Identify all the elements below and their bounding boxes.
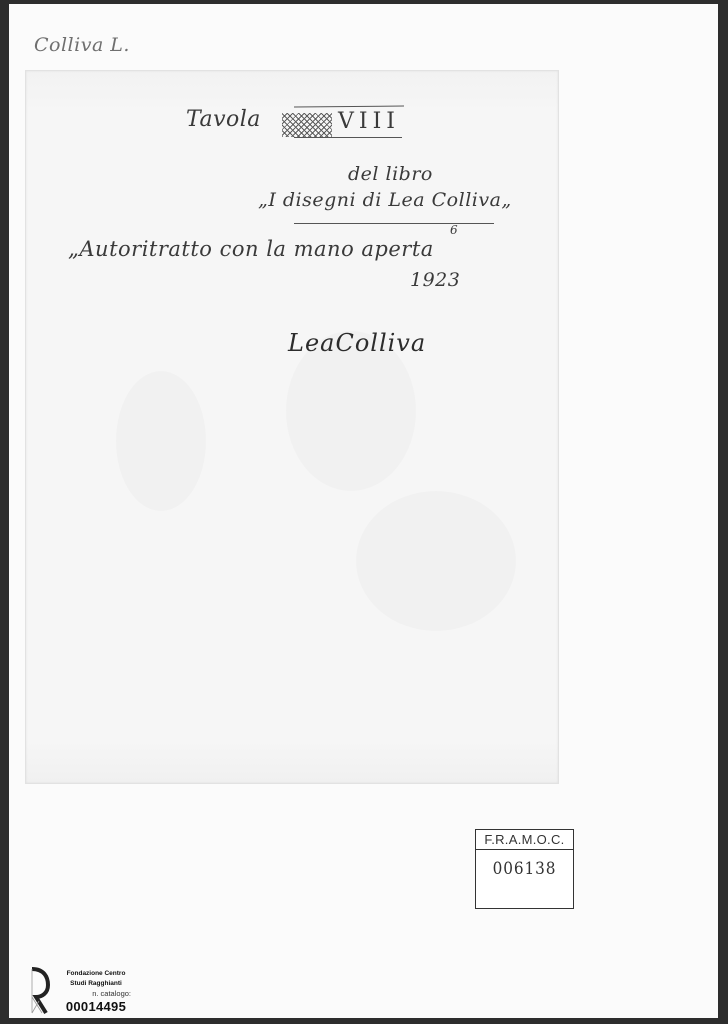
work-year: 1923 <box>410 269 460 291</box>
archive-handwritten-annotation: Colliva L. <box>34 34 130 56</box>
underline <box>294 223 494 224</box>
work-title: „Autoritratto con la mano aperta <box>68 237 434 261</box>
r-monogram-logo-icon <box>30 967 50 1015</box>
tavola-number: VIII <box>338 109 400 134</box>
stamp-number: 006138 <box>481 859 568 879</box>
catalog-label: n. catalogo: <box>61 989 131 999</box>
underline <box>294 137 402 138</box>
faded-image-trace <box>116 371 206 511</box>
archive-mount-sheet: Colliva L. Tavola VIII del libro „I dise… <box>9 4 718 1018</box>
catalog-number: 00014495 <box>61 999 131 1015</box>
stamp-header: F.R.A.M.O.C. <box>476 830 573 850</box>
faded-image-trace <box>356 491 516 631</box>
tavola-label: Tavola <box>186 107 261 132</box>
book-title: „I disegni di Lea Colliva„ <box>258 189 512 211</box>
book-prefix: del libro <box>348 163 433 185</box>
institution-name-line1: Fondazione Centro <box>61 969 131 979</box>
crossed-out-mark <box>282 113 332 137</box>
underline <box>294 106 404 108</box>
institution-block: Fondazione Centro Studi Ragghianti n. ca… <box>61 969 131 1015</box>
artist-signature: LeaColliva <box>288 329 426 357</box>
footnote-mark: 6 <box>450 223 458 237</box>
institution-name-line2: Studi Ragghianti <box>61 979 131 989</box>
photo-print: Tavola VIII del libro „I disegni di Lea … <box>25 70 559 784</box>
framoc-stamp: F.R.A.M.O.C. 006138 <box>475 829 574 909</box>
